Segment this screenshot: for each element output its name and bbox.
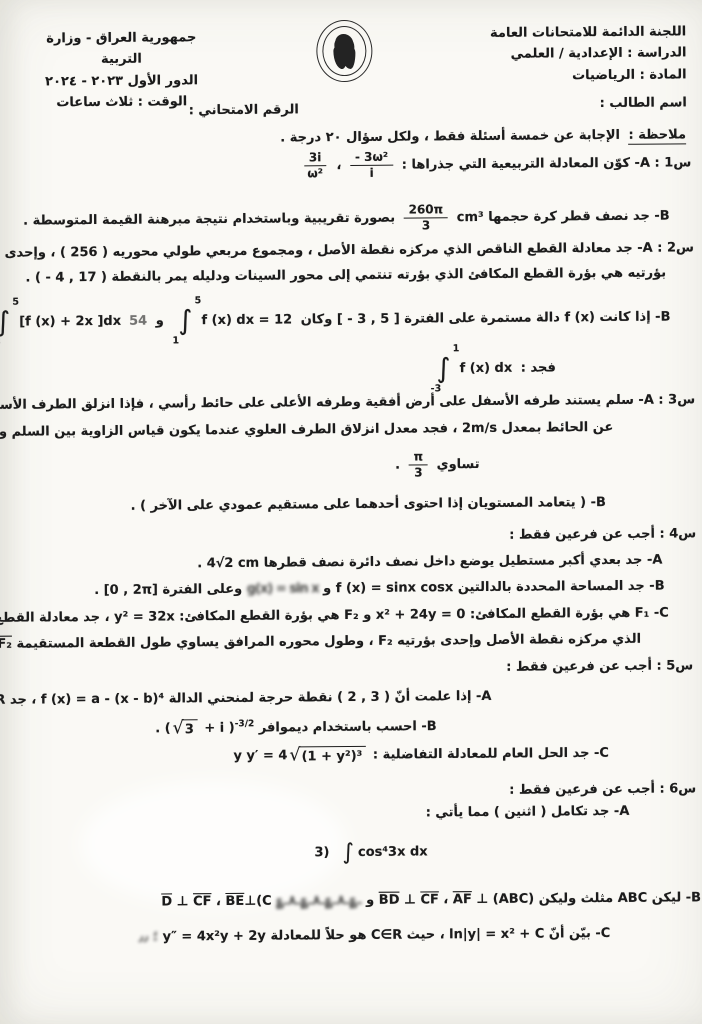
fraction: - 3ω²i [350, 150, 393, 181]
function-definition: f (x) = a - (x - b)⁴ [41, 691, 164, 707]
exam-paper-page: اللجنة الدائمة للامتحانات العامة الدراسة… [0, 0, 702, 1024]
question-5-part-c: C- جد الحل العام للمعادلة التفاضلية : y … [233, 744, 609, 765]
header-right-block: اللجنة الدائمة للامتحانات العامة الدراسة… [490, 21, 687, 87]
q6b-text-1: B- ليكن [652, 890, 701, 905]
question-6-part-c: C- بيّن أنّ ln|y| = x² + C ، حيث C∈R هو … [139, 926, 611, 945]
illegible-smudge: ـ؏ـ٨ـ؏ـ٨ـ؏ـ٨ـ؏ [276, 893, 362, 909]
definite-integral: ∫1-3f (x) dx [430, 347, 512, 391]
q6c-text-3: هو حلاً للمعادلة [270, 928, 366, 944]
ministry-seal-icon [316, 20, 370, 80]
question-4-header: س4 : أجب عن فرعين فقط : [509, 526, 696, 542]
interval-value: [ - 3 , 5 ] [337, 312, 400, 327]
q1b-text-1: B- جد نصف قطر كرة حجمها [488, 208, 670, 224]
differential-equation: y y′ = 4√(1 + y²)³ [233, 746, 368, 765]
separator-comma: ، [336, 158, 341, 173]
q2a-text-1: س2 : A- جد معادلة القطع الناقص الذي مركز… [112, 240, 694, 260]
perp-symbol: ⊥ [177, 894, 189, 909]
point-value: ( - 4 , 17 ) [35, 270, 107, 286]
perpendicular-relation-2: BD ⊥ CF [379, 892, 439, 907]
q3a-text-1: س3 : A- سلم يستند طرفه الأسفل على أرض أف… [0, 392, 695, 413]
interval-value: [0 , 2π] [104, 583, 158, 598]
fraction-numerator: 260π [404, 202, 449, 218]
q5a-text-1: A- إذا علمت أنّ [395, 689, 492, 705]
volume-expression: 260π3 cm³ [400, 202, 484, 234]
unit: cm³ [457, 210, 484, 225]
q3b-text: B- ( يتعامد المستويان إذا احتوى أحدهما ع… [131, 495, 606, 514]
fraction: 3iω² [302, 150, 328, 181]
integral-body: f (x) dx [459, 361, 512, 376]
q2a-text-2: ، وإحدى [5, 245, 56, 260]
integral-sign: ∫51 [172, 299, 201, 342]
question-4-part-a: A- جد بعدي أكبر مستطيل يوضع داخل نصف دائ… [197, 553, 662, 572]
q6b-text-2: مثلث وليكن [539, 891, 614, 907]
question-3-part-a-line-1: س3 : A- سلم يستند طرفه الأسفل على أرض أف… [0, 392, 695, 413]
q3a-text-2: عن الحائط بمعدل [502, 420, 614, 436]
radicand: (1 + y²)³ [298, 746, 366, 765]
fraction-denominator: i [365, 166, 379, 181]
question-4-part-c-line-2: الذي مركزه نقطة الأصل وإحدى بؤرتيه F₂ ، … [0, 632, 641, 652]
integral-sign: ∫1-3 [430, 347, 459, 390]
radicand: 3 [182, 719, 198, 737]
function-fx: f (x) [564, 310, 595, 325]
question-2-part-a-line-1: س2 : A- جد معادلة القطع الناقص الذي مركز… [5, 240, 694, 260]
perpendicular-relation-1: AF ⊥ (ABC) [453, 892, 534, 908]
integral-result-faint: 54 [129, 314, 147, 329]
q1a-text: س1 : A- كوّن المعادلة التربيعية التي جذر… [402, 155, 692, 172]
q4c-label: C- [654, 606, 669, 621]
exam-number-label: الرقم الامتحاني : [189, 102, 299, 118]
perp-symbol: ⊥(C [244, 894, 271, 909]
country-line: جمهورية العراق - وزارة التربية [26, 27, 216, 71]
open-paren: ( [165, 721, 171, 736]
segment-af: AF [453, 892, 472, 907]
fraction-numerator: 3i [304, 150, 327, 166]
fraction-denominator: 3 [417, 218, 435, 233]
question-3-part-a-line-2: عن الحائط بمعدل 2m/s ، فجد معدل انزلاق ا… [0, 420, 613, 440]
integral-sign: ∫5-3 [0, 301, 19, 344]
fraction-denominator: ω² [302, 166, 328, 181]
critical-point: ( 2 , 3 ) [337, 690, 390, 705]
q3a-text-3: ، فجد معدل انزلاق الطرف العلوي عندما يكو… [0, 421, 458, 440]
q5a-text-2: نقطة حرجة لمنحني الدالة [169, 690, 333, 706]
square-root: √(1 + y²)³ [289, 746, 366, 765]
seal-inner-ring [322, 26, 366, 76]
integral-upper-limit: 5 [195, 296, 202, 306]
study-line: الدراسة : الإعدادية / العلمي [490, 43, 686, 66]
segment-be: BE [225, 894, 244, 909]
fraction-numerator: - 3ω² [350, 150, 393, 166]
q1b-text-2: بصورة تقريبية وباستخدام نتيجة مبرهنة الق… [23, 211, 395, 229]
focus-f1: F₁ [635, 606, 650, 621]
triangle-abc: ABC [618, 891, 648, 906]
q4c-text-3: ، جد معادلة القطع الزائد [0, 610, 110, 626]
integral-body: [f (x) + 2x ]dx [19, 314, 121, 330]
round-line: الدور الأول ٢٠٢٣ - ٢٠٢٤ [27, 70, 217, 93]
q4c-text-4: الذي مركزه نقطة الأصل وإحدى بؤرتيه [397, 632, 641, 649]
parabola-equation-1: x² + 24y = 0 [376, 607, 466, 623]
q5b-text: B- احسب باستخدام ديموافر [259, 719, 437, 735]
q4c-text-2: هي بؤرة القطع المكافئ: [179, 608, 339, 624]
q4b-end: . [94, 583, 99, 598]
q4c-text-5: ، وطول محوره المرافق يساوي طول القطعة ال… [16, 634, 373, 652]
student-name-label: اسم الطالب : [600, 95, 687, 111]
domain-condition: a , b∈R [0, 693, 5, 708]
note-line: ملاحظة : الإجابة عن خمسة أسئلة فقط ، ولك… [280, 127, 686, 145]
question-5-part-a: A- إذا علمت أنّ ( 2 , 3 ) نقطة حرجة لمنح… [0, 689, 492, 708]
segment-d: D [161, 894, 172, 909]
equation-lhs: y y′ = 4 [233, 748, 287, 763]
scanned-sheet: اللجنة الدائمة للامتحانات العامة الدراسة… [0, 0, 702, 1024]
question-2-part-a-line-2: بؤرتيه هي بؤرة القطع المكافئ الذي بؤرته … [25, 266, 666, 286]
demoivre-expression: (√3 + i )-3/2 [165, 719, 255, 738]
parabola-equation-2: y² = 32x [114, 609, 175, 624]
question-5-part-b: B- احسب باستخدام ديموافر (√3 + i )-3/2 . [155, 717, 437, 738]
segment-cf: CF [193, 894, 212, 909]
q4c-text-1: هي بؤرة القطع المكافئ: [470, 606, 630, 622]
integral-lower-limit: -3 [0, 337, 1, 347]
question-4-part-b: B- جد المساحة المحددة بالدالتين f (x) = … [94, 579, 665, 598]
square-root: √3 [173, 719, 198, 738]
committee-line: اللجنة الدائمة للامتحانات العامة [490, 21, 686, 44]
question-5-header: س5 : أجب عن فرعين فقط : [506, 658, 693, 674]
fraction-numerator: π [408, 449, 428, 465]
rate-value: 2m/s [462, 421, 497, 436]
question-1-part-a: س1 : A- كوّن المعادلة التربيعية التي جذر… [298, 147, 691, 181]
integral-upper-limit: 5 [12, 298, 19, 308]
q6c-text-2: ، حيث [407, 927, 445, 942]
segment-f1f2: F₁F₂ [0, 637, 12, 652]
integral-upper-limit: 1 [453, 344, 460, 354]
q5c-text: C- جد الحل العام للمعادلة التفاضلية : [373, 746, 609, 763]
seal-outer-ring [316, 20, 372, 82]
q4b-text-2: وعلى الفترة [162, 582, 242, 598]
erased-area [80, 780, 346, 907]
perp-symbol: ⊥ (ABC) [476, 892, 534, 907]
question-6-part-a: A- جد تكامل ( اثنين ) مما يأتي : [426, 804, 630, 821]
integral-sign: ∫ [338, 840, 358, 865]
q2a-end: . [25, 271, 30, 286]
q4b-text-1: B- جد المساحة المحددة بالدالتين [458, 579, 665, 596]
q3a-text-4: تساوي [437, 457, 480, 472]
expression-tail: + i ) [204, 721, 234, 736]
question-3-part-b: B- ( يتعامد المستويان إذا احتوى أحدهما ع… [131, 495, 606, 514]
integral-lower-limit: -3 [431, 384, 442, 394]
integral-item: 3) ∫cos⁴3x dx [314, 839, 427, 865]
question-2-part-b-find: فجد : ∫1-3f (x) dx [426, 346, 556, 390]
segment-bd: BD [379, 893, 400, 908]
question-6-part-b: B- ليكن ABC مثلث وليكن AF ⊥ (ABC) ، BD ⊥… [161, 890, 701, 909]
q5b-end: . [155, 721, 160, 736]
ode-equation: y″ = 4x²y + 2y [163, 929, 266, 945]
function-g: g(x) = sin x [247, 581, 319, 597]
integral-body: cos⁴3x dx [358, 844, 428, 860]
question-2-part-b: B- إذا كانت f (x) دالة مستمرة على الفترة… [0, 295, 671, 343]
q6c-text-1: C- بيّن أنّ [549, 926, 611, 941]
function-f: f (x) = sinx cosx [336, 580, 454, 596]
subject-line: المادة : الرياضيات [490, 64, 686, 87]
exponent: -3/2 [235, 719, 255, 729]
item-number: 3) [314, 845, 329, 860]
q2b-text-1: B- إذا كانت [599, 309, 670, 325]
q2a-text-3: بؤرتيه هي بؤرة القطع المكافئ الذي بؤرته … [111, 266, 666, 285]
value-256: ( 256 ) [60, 245, 108, 260]
note-title: ملاحظة : [628, 127, 686, 144]
note-body: الإجابة عن خمسة أسئلة فقط ، ولكل سؤال ٢٠… [280, 128, 620, 146]
q4b-and: و [323, 581, 331, 596]
constant-condition: C∈R [371, 928, 402, 943]
radius-value: 4√2 cm [207, 556, 260, 571]
integral-body: f (x) dx = 12 [201, 312, 292, 328]
fraction: 260π3 [404, 202, 449, 233]
question-6-header: س6 : أجب عن فرعين فقط : [509, 781, 696, 797]
seal-emblem [334, 36, 354, 66]
integral-lower-limit: 1 [172, 336, 179, 346]
definite-integral: ∫5-3[f (x) + 2x ]dx54 [0, 300, 147, 344]
focus-f2: F₂ [344, 608, 359, 623]
q2b-text-4: و [156, 313, 164, 328]
q4a-text: A- جد بعدي أكبر مستطيل يوضع داخل نصف دائ… [264, 553, 663, 571]
perp-symbol: ⊥ [404, 893, 416, 908]
focus-f2: F₂ [378, 634, 393, 649]
q4c-and: و [363, 608, 371, 623]
perpendicular-relation-4: D ⊥ CF [161, 894, 211, 909]
q3a-end: . [395, 458, 400, 473]
question-1-part-b: B- جد نصف قطر كرة حجمها 260π3 cm³ بصورة … [23, 200, 670, 236]
q5a-text-3: ، جد [10, 692, 36, 707]
illegible-smudge: ؛ ٫٫ [139, 930, 159, 945]
q6b-and: و [366, 893, 374, 908]
segment-cf: CF [420, 892, 439, 907]
separator-comma: ، [216, 894, 221, 909]
find-label: فجد : [521, 360, 556, 375]
question-6-integral-item-3: 3) ∫cos⁴3x dx [314, 839, 427, 865]
definite-integral: ∫51f (x) dx = 12 [172, 298, 292, 342]
header-left-block: جمهورية العراق - وزارة التربية الدور الأ… [26, 27, 217, 114]
fraction: π3 [408, 449, 428, 480]
question-4-part-c-line-1: C- F₁ هي بؤرة القطع المكافئ: x² + 24y = … [0, 606, 669, 627]
q2b-text-3: وكان [301, 312, 333, 327]
perpendicular-relation-3: BE⊥(C [225, 894, 271, 909]
question-3-part-a-line-3: تساوي π3 . [395, 449, 480, 481]
q2b-text-2: دالة مستمرة على الفترة [404, 310, 560, 326]
q4a-end: . [197, 556, 202, 571]
separator-comma: ، [443, 892, 448, 907]
fraction-denominator: 3 [409, 465, 427, 480]
solution-equation: ln|y| = x² + C [449, 926, 544, 942]
